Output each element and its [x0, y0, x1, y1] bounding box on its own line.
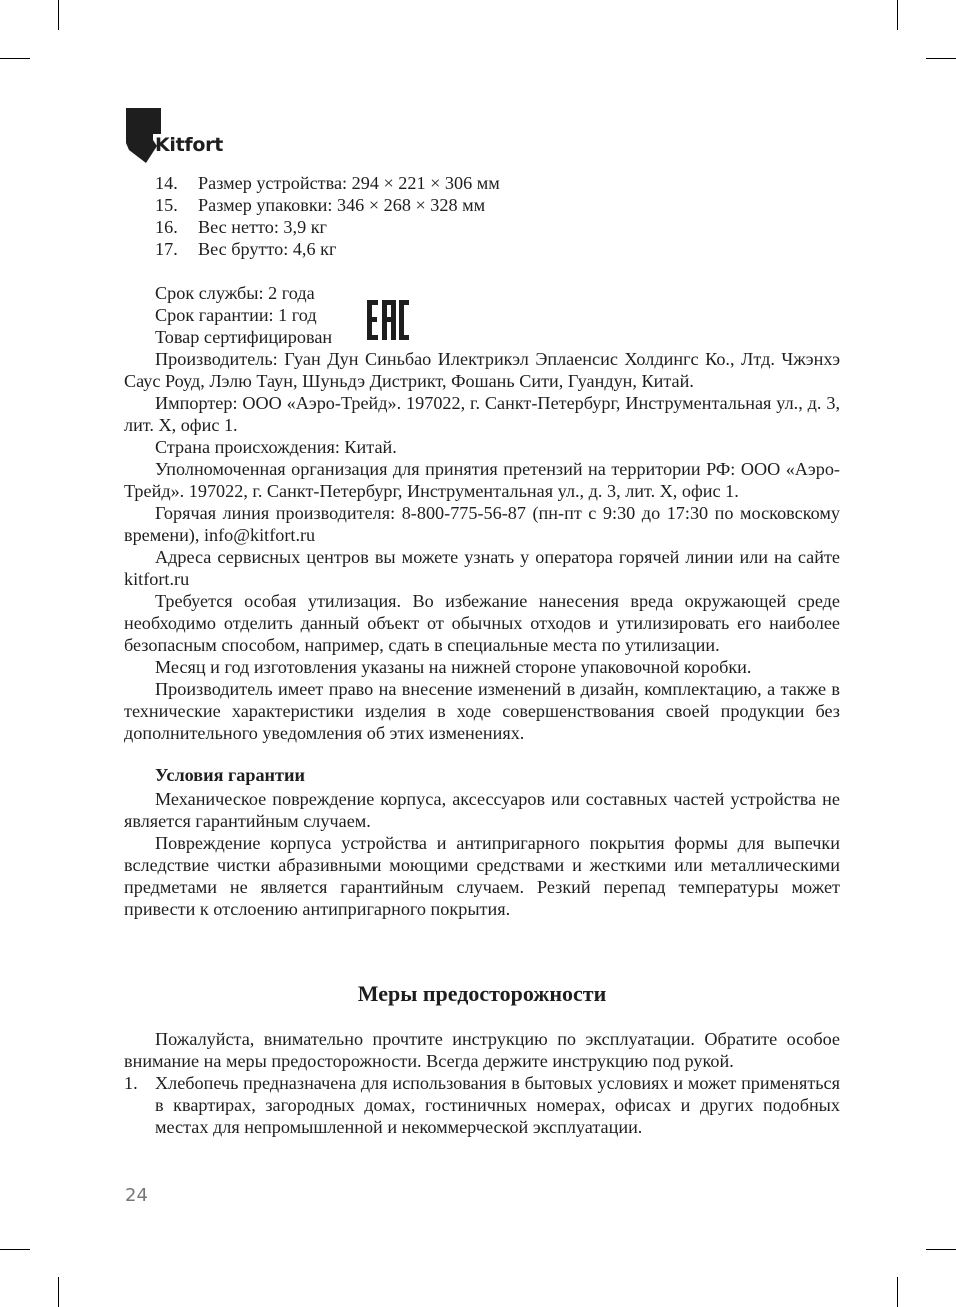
spec-item: 17.Вес брутто: 4,6 кг — [155, 238, 336, 260]
origin-paragraph: Страна происхождения: Китай. — [124, 436, 840, 458]
crop-mark — [926, 1249, 956, 1250]
claims-organization-paragraph: Уполномоченная организация для принятия … — [124, 458, 840, 502]
brand-name: Kitfort — [155, 134, 223, 156]
precaution-item: 1. Хлебопечь предназначена для использов… — [124, 1072, 840, 1138]
service-centers-paragraph: Адреса сервисных центров вы можете узнат… — [124, 546, 840, 590]
precautions-intro: Пожалуйста, внимательно прочтите инструк… — [124, 1028, 840, 1072]
certified-label: Товар сертифицирован — [155, 326, 332, 348]
disposal-paragraph: Требуется особая утилизация. Во избежани… — [124, 590, 840, 656]
info-section: Производитель: Гуан Дун Синьбао Илектрик… — [124, 348, 840, 744]
brand-logo: Kitfort — [126, 107, 226, 165]
crop-mark — [897, 1277, 898, 1307]
precautions-title: Меры предосторожности — [0, 981, 956, 1007]
warranty-condition-paragraph: Повреждение корпуса устройства и антипри… — [124, 832, 840, 920]
importer-paragraph: Импортер: ООО «Аэро-Трейд». 197022, г. С… — [124, 392, 840, 436]
crop-mark — [897, 0, 898, 30]
spec-item: 15.Размер упаковки: 346 × 268 × 328 мм — [155, 194, 485, 216]
spec-item: 16.Вес нетто: 3,9 кг — [155, 216, 327, 238]
warranty-conditions-section: Механическое повреждение корпуса, аксесс… — [124, 788, 840, 920]
service-life: Срок службы: 2 года — [155, 282, 315, 304]
eac-mark-icon — [367, 300, 409, 340]
hotline-paragraph: Горячая линия производителя: 8-800-775-5… — [124, 502, 840, 546]
crop-mark — [58, 0, 59, 30]
manufacturer-paragraph: Производитель: Гуан Дун Синьбао Илектрик… — [124, 348, 840, 392]
crop-mark — [0, 1249, 30, 1250]
warranty-condition-paragraph: Механическое повреждение корпуса, аксесс… — [124, 788, 840, 832]
crop-mark — [0, 58, 30, 59]
crop-mark — [58, 1277, 59, 1307]
crop-mark — [926, 58, 956, 59]
spec-item: 14.Размер устройства: 294 × 221 × 306 мм — [155, 172, 500, 194]
warranty-conditions-heading: Условия гарантии — [155, 765, 305, 786]
changes-notice-paragraph: Производитель имеет право на внесение из… — [124, 678, 840, 744]
manufacture-date-paragraph: Месяц и год изготовления указаны на нижн… — [124, 656, 840, 678]
warranty-period: Срок гарантии: 1 год — [155, 304, 317, 326]
page-number: 24 — [125, 1185, 148, 1206]
